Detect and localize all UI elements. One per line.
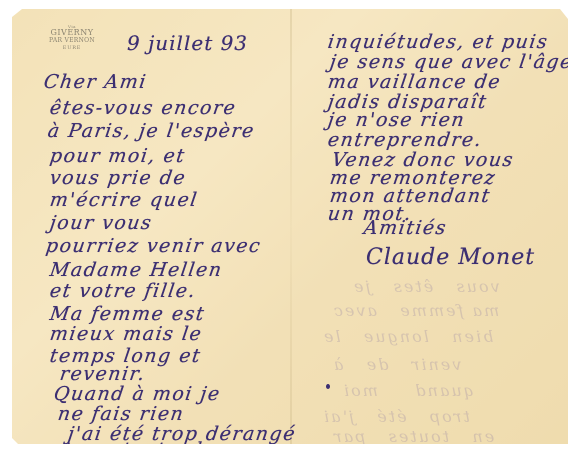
letterhead: Via GIVERNY PAR VERNON EURE: [42, 25, 102, 51]
letter-line: mieux mais le: [48, 323, 203, 345]
letter-line: et par toutes les: [51, 439, 228, 452]
letter-line: et votre fille.: [48, 280, 197, 302]
letter-line: entreprendre.: [326, 129, 483, 151]
letter-line: pourriez venir avec: [44, 235, 262, 257]
show-through-text: quand moi: [342, 381, 474, 400]
right-page: inquiétudes, et puis je sens que avec l'…: [292, 9, 568, 444]
letter-date: 9 juillet 93: [127, 31, 248, 55]
letter-line: à Paris, je l'espère: [46, 120, 256, 142]
show-through-text: vous êtes je: [352, 277, 500, 296]
letter-line: êtes-vous encore: [48, 97, 237, 119]
letter-line: je sens que avec l'âge: [328, 51, 574, 73]
show-through-text: ma femme avec: [332, 301, 499, 320]
letter-line: Quand à moi je: [52, 383, 222, 405]
ink-spot: [326, 384, 330, 389]
show-through-text: en toutes par: [332, 427, 494, 446]
letter-closing: Amitiés: [362, 217, 448, 239]
show-through-text: venir de à: [332, 355, 461, 374]
letter-line: revenir.: [58, 363, 147, 385]
letter-sheet: Via GIVERNY PAR VERNON EURE 9 juillet 93…: [12, 9, 568, 444]
letter-line: ne fais rien: [56, 403, 185, 425]
letter-line: vous prie de: [48, 167, 187, 189]
letter-line: m'écrire quel: [48, 189, 199, 211]
letter-line: ma vaillance de: [326, 71, 502, 93]
signature: Claude Monet: [366, 245, 535, 270]
letter-line: Madame Hellen: [48, 259, 224, 281]
salutation: Cher Ami: [42, 71, 148, 93]
letter-line: Ma femme est: [48, 303, 206, 325]
left-page: Via GIVERNY PAR VERNON EURE 9 juillet 93…: [12, 9, 290, 444]
letter-line: je n'ose rien: [326, 109, 466, 131]
letterhead-department: EURE: [42, 46, 102, 51]
letterhead-par: PAR VERNON: [42, 38, 102, 44]
letter-line: pour moi, et: [48, 145, 187, 167]
show-through-text: bien longue le: [322, 327, 493, 346]
show-through-text: trop été j'ai: [322, 407, 470, 426]
letter-line: jour vous: [48, 212, 153, 234]
letter-line: inquiétudes, et puis: [326, 31, 549, 53]
